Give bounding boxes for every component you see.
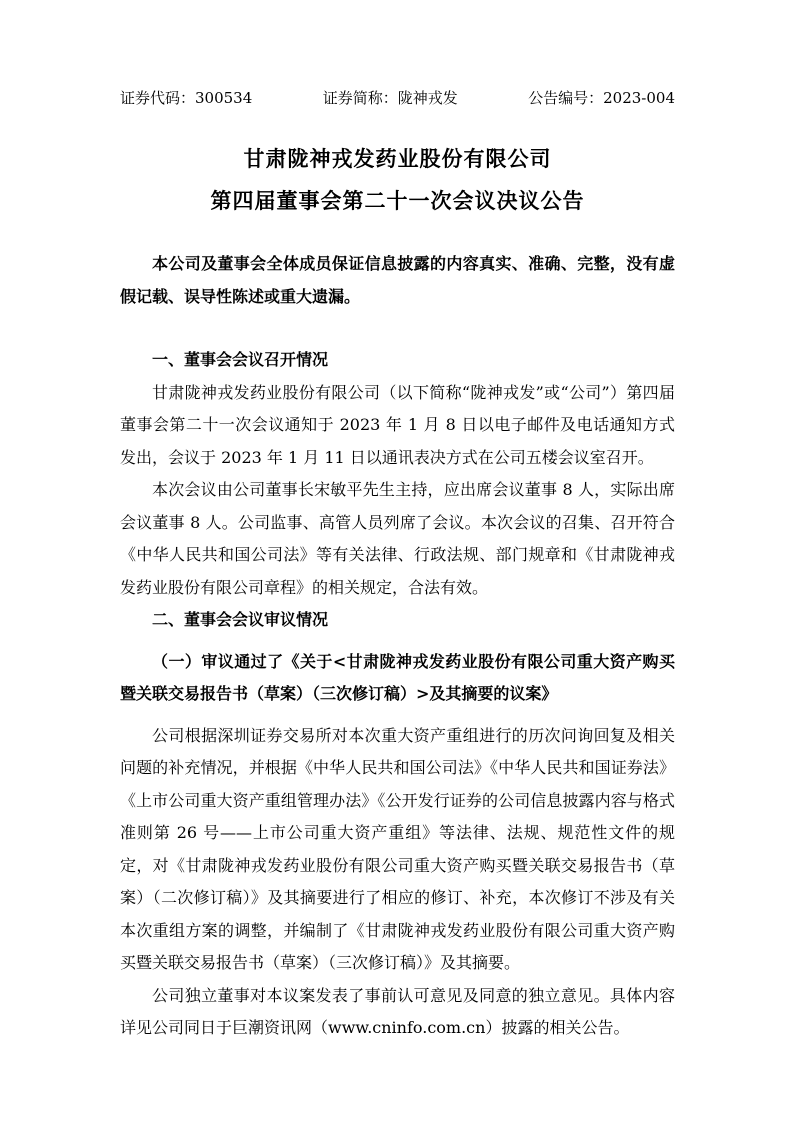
company-name: 甘肃陇神戎发药业股份有限公司 — [120, 138, 675, 180]
resolution-1-heading: （一）审议通过了《关于<甘肃陇神戎发药业股份有限公司重大资产购买暨关联交易报告书… — [120, 646, 675, 711]
document-header: 证券代码：300534 证券简称：陇神戎发 公告编号：2023-004 — [120, 88, 675, 108]
announcement-title: 第四届董事会第二十一次会议决议公告 — [120, 180, 675, 222]
section-1-paragraph-2: 本次会议由公司董事长宋敏平先生主持，应出席会议董事 8 人，实际出席会议董事 8… — [120, 474, 675, 604]
section-1-paragraph-1: 甘肃陇神戎发药业股份有限公司（以下简称“陇神戎发”或“公司”）第四届董事会第二十… — [120, 377, 675, 475]
stock-name: 证券简称：陇神戎发 — [323, 88, 458, 108]
section-1-heading: 一、董事会会议召开情况 — [120, 344, 675, 377]
section-2-paragraph-2: 公司独立董事对本议案发表了事前认可意见及同意的独立意见。具体内容详见公司同日于巨… — [120, 980, 675, 1045]
stock-code: 证券代码：300534 — [120, 88, 252, 108]
announcement-number: 公告编号：2023-004 — [528, 88, 675, 108]
section-2-heading: 二、董事会会议审议情况 — [120, 604, 675, 637]
disclosure-statement: 本公司及董事会全体成员保证信息披露的内容真实、准确、完整，没有虚假记载、误导性陈… — [120, 248, 675, 313]
page-title: 甘肃陇神戎发药业股份有限公司 第四届董事会第二十一次会议决议公告 — [120, 138, 675, 222]
section-2-paragraph-1: 公司根据深圳证券交易所对本次重大资产重组进行的历次问询回复及相关问题的补充情况，… — [120, 720, 675, 980]
document-page: 证券代码：300534 证券简称：陇神戎发 公告编号：2023-004 甘肃陇神… — [0, 0, 793, 1122]
